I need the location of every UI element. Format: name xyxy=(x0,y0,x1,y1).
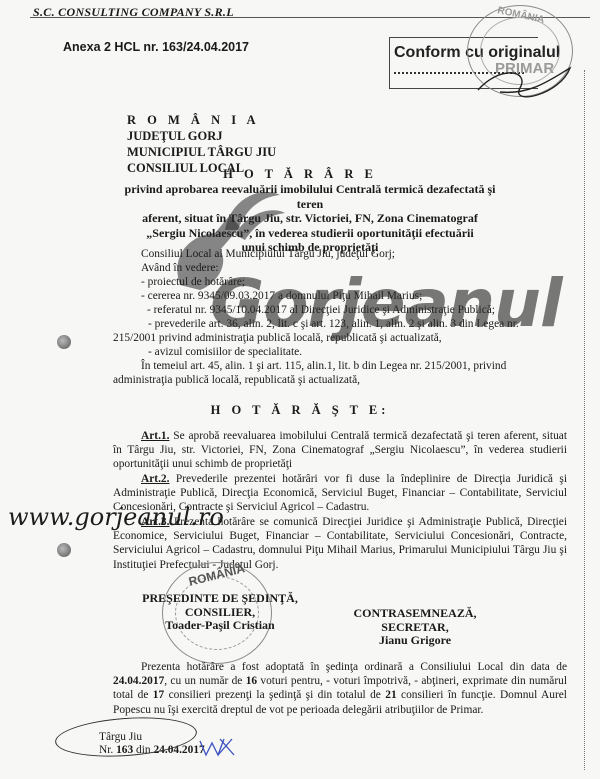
signature-block-secretary: CONTRASEMNEAZĂ, SECRETAR, Jianu Grigore xyxy=(340,607,490,648)
article-1: Art.1. Se aprobă reevaluarea imobilului … xyxy=(113,429,567,472)
signature-block-president: PREŞEDINTE DE ŞEDINŢĂ, CONSILIER, Toader… xyxy=(130,592,310,633)
annex-reference: Anexa 2 HCL nr. 163/24.04.2017 xyxy=(63,40,249,54)
preamble-line: - avizul comisiilor de specialitate. xyxy=(148,345,302,359)
adoption-text: , cu un număr de xyxy=(164,675,245,687)
decision-title: H O T Ă R Â R E xyxy=(0,167,600,182)
signature-name: Jianu Grigore xyxy=(340,634,490,648)
councillors-present: 17 xyxy=(153,689,164,701)
article-text: Se aprobă reevaluarea imobilului Central… xyxy=(113,430,567,470)
handwritten-initials-icon xyxy=(198,735,238,759)
preamble-line: În temeiul art. 45, alin. 1 şi art. 115,… xyxy=(141,359,506,373)
adoption-text: Prezenta hotărâre a fost adoptată în şed… xyxy=(141,661,567,673)
issuer-country: R O M Â N I A xyxy=(127,112,276,128)
article-label: Art.2. xyxy=(141,473,169,485)
adoption-date: 24.04.2017 xyxy=(113,675,164,687)
preamble-line: Consiliul Local al Municipiului Târgu Ji… xyxy=(141,247,395,261)
punch-hole xyxy=(57,543,71,557)
signature-name: Toader-Paşil Cristian xyxy=(130,619,310,633)
signature-title: SECRETAR, xyxy=(340,621,490,635)
councillors-total: 21 xyxy=(385,689,396,701)
signature-role: PREŞEDINTE DE ŞEDINŢĂ, xyxy=(130,592,310,606)
decides-heading: H O T Ă R Ă Ş T E: xyxy=(0,403,600,418)
article-label: Art.1. xyxy=(141,430,169,442)
preamble-line: Având în vedere: xyxy=(141,261,219,275)
gorjeanul-url-watermark: www.gorjeanul.ro xyxy=(8,503,224,531)
adoption-statement: Prezenta hotărâre a fost adoptată în şed… xyxy=(113,660,567,717)
preamble-line: administraţia publică locală, republicat… xyxy=(113,373,360,387)
punch-hole xyxy=(57,335,71,349)
gorjeanul-watermark: Gorjeanul xyxy=(210,265,562,342)
signature-scribble-icon xyxy=(470,60,580,100)
adoption-text: consilieri prezenţi la şedinţă şi din to… xyxy=(164,689,385,701)
issuer-municipality: MUNICIPIUL TÂRGU JIU xyxy=(127,144,276,160)
signature-title: CONSILIER, xyxy=(130,606,310,620)
signature-role: CONTRASEMNEAZĂ, xyxy=(340,607,490,621)
issuer-county: JUDEŢUL GORJ xyxy=(127,128,276,144)
votes-for: 16 xyxy=(246,675,257,687)
